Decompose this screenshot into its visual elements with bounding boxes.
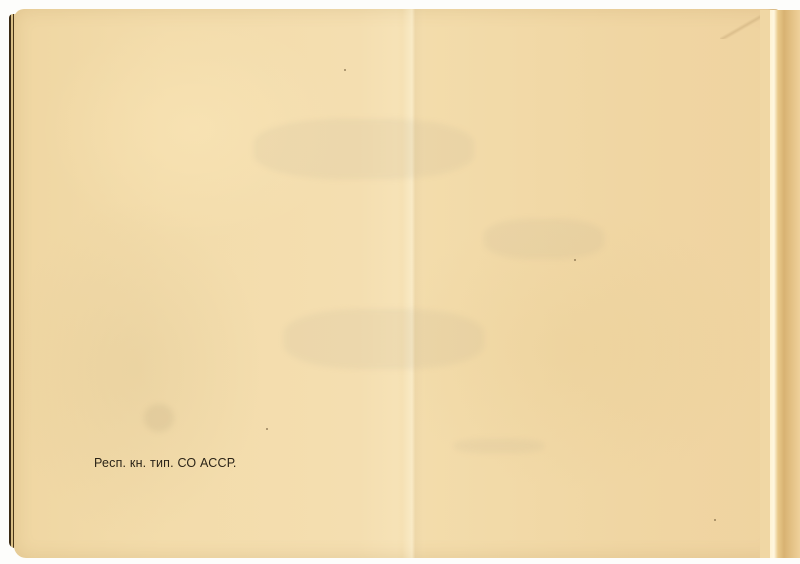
center-fold xyxy=(402,9,424,558)
paper-speck xyxy=(574,259,576,261)
bleed-through-mark xyxy=(254,119,474,179)
stain-mark xyxy=(144,404,174,432)
paper-speck xyxy=(344,69,346,71)
paper-speck xyxy=(714,519,716,521)
scanned-page: Респ. кн. тип. СО АССР. xyxy=(0,0,800,564)
back-cover: Респ. кн. тип. СО АССР. xyxy=(14,9,778,558)
bleed-through-mark xyxy=(454,439,544,453)
paper-speck xyxy=(266,428,268,430)
bleed-through-mark xyxy=(284,309,484,369)
printer-imprint: Респ. кн. тип. СО АССР. xyxy=(94,456,237,470)
folded-right-flap xyxy=(760,10,800,558)
bleed-through-mark xyxy=(484,219,604,259)
